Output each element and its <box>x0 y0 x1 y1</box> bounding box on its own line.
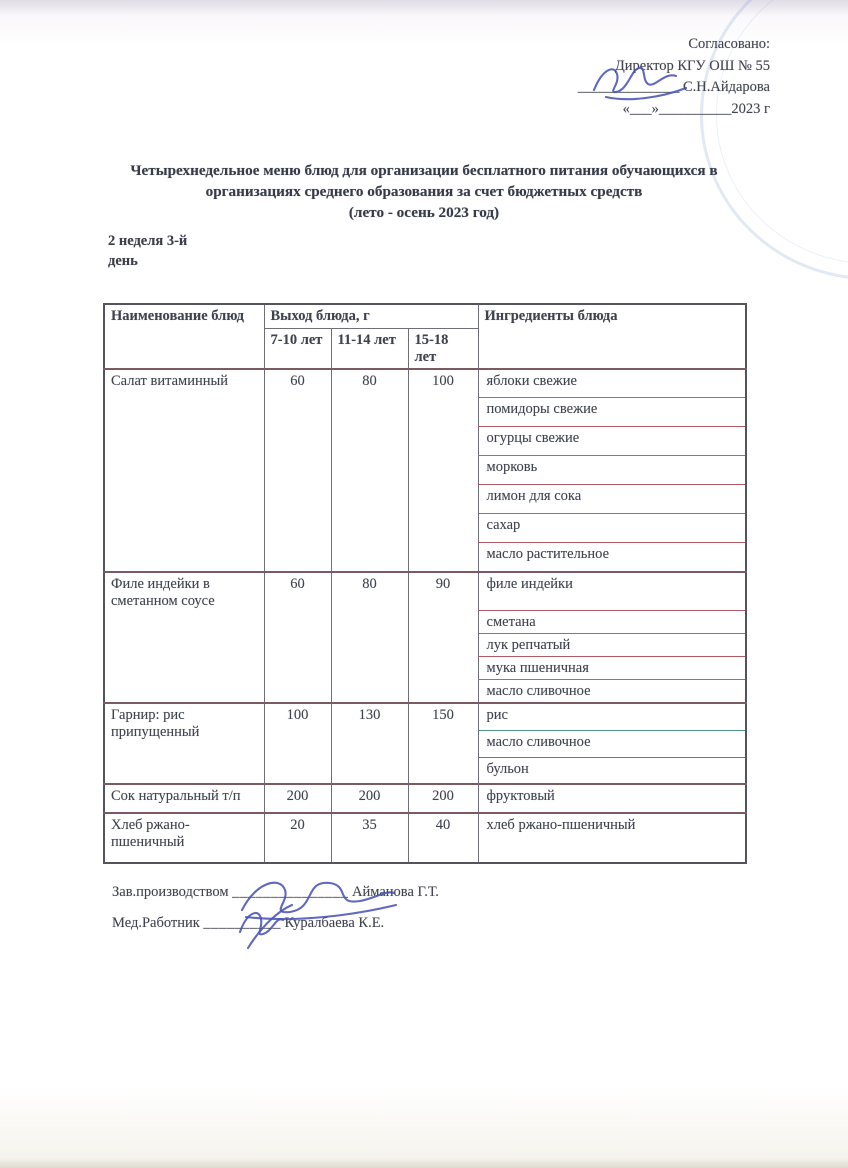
ingredient-cell: яблоки свежие <box>478 369 746 398</box>
menu-table-body: Салат витаминный6080100яблоки свежиепоми… <box>104 369 746 864</box>
ingredient-cell: рис <box>478 703 746 730</box>
medical-worker-label: Мед.Работник <box>112 915 203 931</box>
title-line-3: (лето - осень 2023 год) <box>108 202 740 223</box>
portion-cell: 80 <box>331 572 408 704</box>
approval-date-line: «___»__________2023 г <box>450 99 770 121</box>
col-header-ingredients: Ингредиенты блюда <box>478 304 746 369</box>
document-title: Четырехнедельное меню блюд для организац… <box>108 160 740 223</box>
ingredient-cell: сахар <box>478 514 746 543</box>
signatures-block: Зав.производством _______________ Аймано… <box>112 884 439 946</box>
approval-agreed-label: Согласовано: <box>450 34 770 56</box>
production-manager-line: Зав.производством _______________ Аймано… <box>112 884 439 915</box>
signature-blank: _______________ <box>232 884 348 900</box>
portion-cell: 80 <box>331 369 408 572</box>
portion-cell: 60 <box>264 369 331 572</box>
approval-signature-line: ______________ С.Н.Айдарова <box>450 77 770 99</box>
title-line-2: организациях среднего образования за сче… <box>108 181 740 202</box>
table-row: Салат витаминный6080100яблоки свежие <box>104 369 746 398</box>
menu-table: Наименование блюд Выход блюда, г Ингреди… <box>103 303 747 864</box>
scan-artifact-top <box>0 0 848 16</box>
title-line-1: Четырехнедельное меню блюд для организац… <box>108 160 740 181</box>
portion-cell: 130 <box>331 703 408 784</box>
table-row: Сок натуральный т/п200200200фруктовый <box>104 784 746 813</box>
ingredient-cell: масло сливочное <box>478 730 746 757</box>
table-row: Хлеб ржано-пшеничный203540хлеб ржано-пше… <box>104 813 746 863</box>
production-manager-name: Айманова Г.Т. <box>348 884 439 900</box>
portion-cell: 40 <box>408 813 478 863</box>
ingredient-cell: сметана <box>478 611 746 634</box>
signature-blank: __________ <box>203 915 281 931</box>
table-row: Гарнир: рис припущенный100130150рис <box>104 703 746 730</box>
dish-name-cell: Гарнир: рис припущенный <box>104 703 264 784</box>
portion-cell: 100 <box>408 369 478 572</box>
dish-name-cell: Салат витаминный <box>104 369 264 572</box>
ingredient-cell: мука пшеничная <box>478 657 746 680</box>
portion-cell: 150 <box>408 703 478 784</box>
approval-block: Согласовано: Директор КГУ ОШ № 55 ______… <box>450 34 770 120</box>
week-line-1: 2 неделя 3-й <box>108 231 218 251</box>
production-manager-label: Зав.производством <box>112 884 232 900</box>
table-row: Филе индейки в сметанном соусе608090филе… <box>104 572 746 611</box>
portion-cell: 20 <box>264 813 331 863</box>
ingredient-cell: хлеб ржано-пшеничный <box>478 813 746 863</box>
signature-blank: ______________ <box>578 79 680 95</box>
col-header-age-7-10: 7-10 лет <box>264 328 331 369</box>
ingredient-cell: морковь <box>478 456 746 485</box>
ingredient-cell: бульон <box>478 757 746 784</box>
col-header-output: Выход блюда, г <box>264 304 478 328</box>
dish-name-cell: Сок натуральный т/п <box>104 784 264 813</box>
portion-cell: 90 <box>408 572 478 704</box>
medical-worker-name: Куралбаева К.Е. <box>281 915 384 931</box>
director-name: С.Н.Айдарова <box>683 79 770 95</box>
ingredient-cell: фруктовый <box>478 784 746 813</box>
ingredient-cell: огурцы свежие <box>478 427 746 456</box>
col-header-dish-name: Наименование блюд <box>104 304 264 369</box>
ingredient-cell: помидоры свежие <box>478 398 746 427</box>
portion-cell: 200 <box>264 784 331 813</box>
col-header-age-11-14: 11-14 лет <box>331 328 408 369</box>
week-day-label: 2 неделя 3-й день <box>108 231 218 271</box>
ingredient-cell: филе индейки <box>478 572 746 611</box>
medical-worker-line: Мед.Работник __________ Куралбаева К.Е. <box>112 915 439 946</box>
dish-name-cell: Филе индейки в сметанном соусе <box>104 572 264 704</box>
week-line-2: день <box>108 251 218 271</box>
document-page: Согласовано: Директор КГУ ОШ № 55 ______… <box>0 0 848 1168</box>
scan-artifact-bottom <box>0 1158 848 1168</box>
ingredient-cell: лук репчатый <box>478 634 746 657</box>
dish-name-cell: Хлеб ржано-пшеничный <box>104 813 264 863</box>
table-header-row-1: Наименование блюд Выход блюда, г Ингреди… <box>104 304 746 328</box>
ingredient-cell: лимон для сока <box>478 485 746 514</box>
portion-cell: 200 <box>331 784 408 813</box>
portion-cell: 200 <box>408 784 478 813</box>
approval-director-title: Директор КГУ ОШ № 55 <box>450 56 770 78</box>
col-header-age-15-18: 15-18 лет <box>408 328 478 369</box>
portion-cell: 60 <box>264 572 331 704</box>
portion-cell: 35 <box>331 813 408 863</box>
ingredient-cell: масло растительное <box>478 543 746 572</box>
portion-cell: 100 <box>264 703 331 784</box>
ingredient-cell: масло сливочное <box>478 680 746 704</box>
